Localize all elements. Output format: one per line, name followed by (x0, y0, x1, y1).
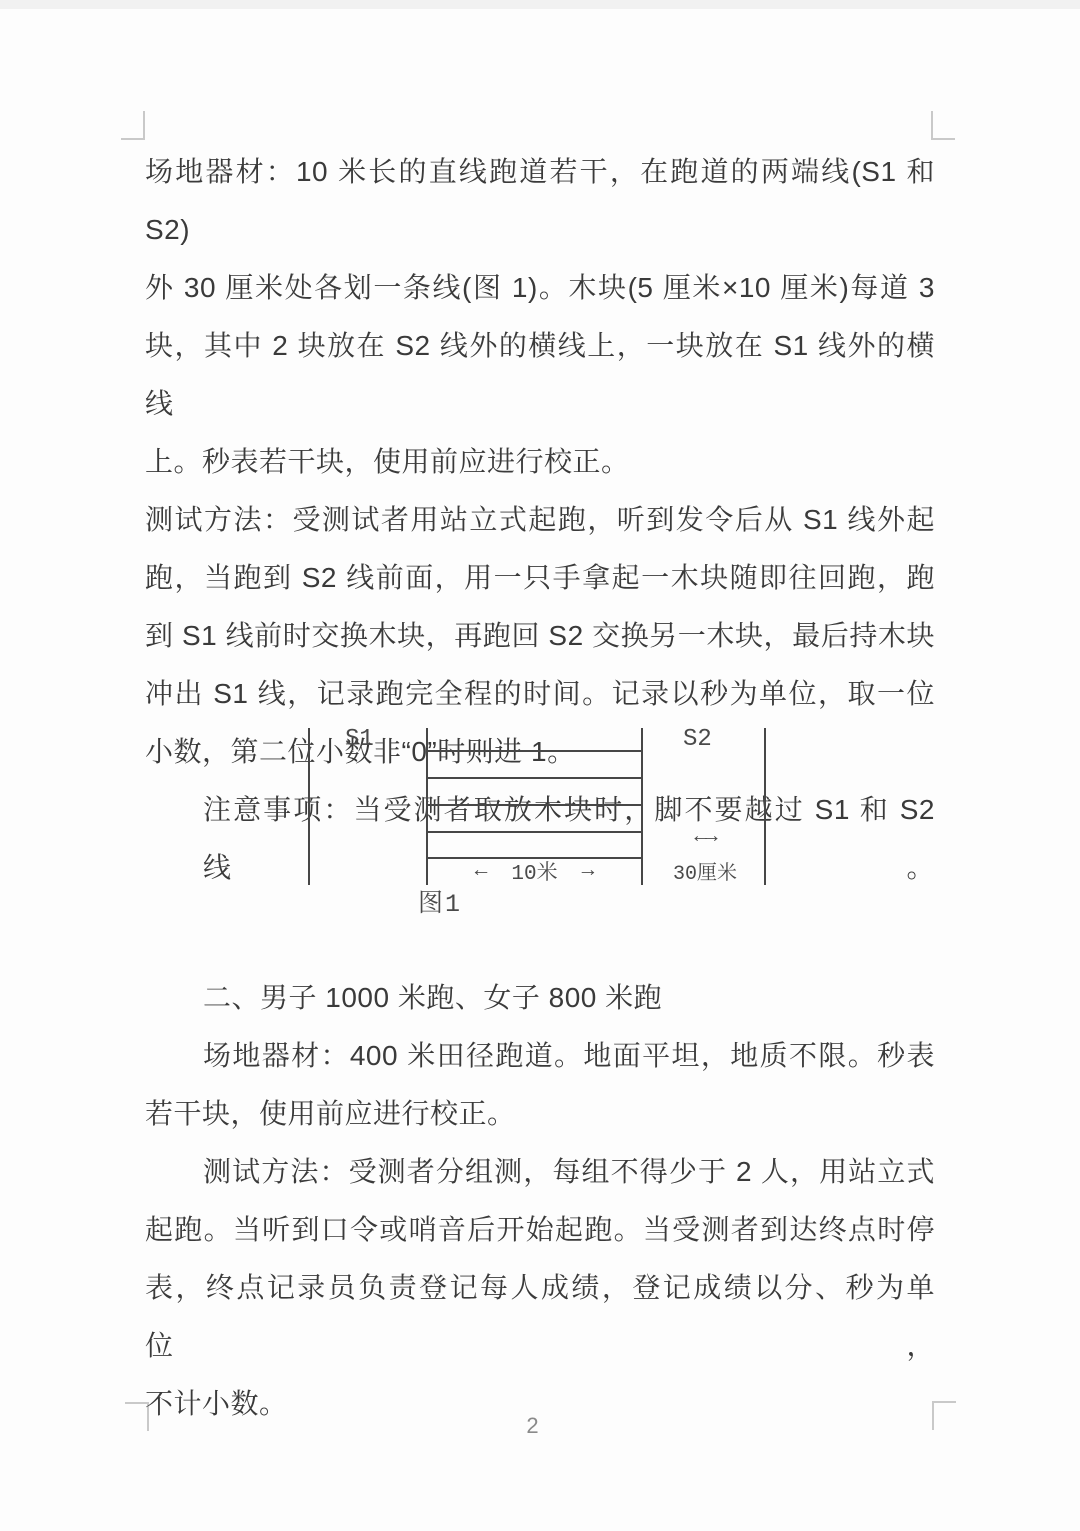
text-line: 测试方法：受测试者用站立式起跑，听到发令后从 S1 线外起 (145, 491, 935, 549)
crop-mark-top-left (121, 111, 145, 140)
section-heading: 二、男子 1000 米跑、女子 800 米跑 (145, 969, 935, 1027)
text-line: 场地器材：400 米田径跑道。地面平坦，地质不限。秒表 (145, 1027, 935, 1085)
length-annotation: ← 10米 → (426, 856, 643, 886)
lane-line (426, 831, 643, 833)
outer-line-left (308, 728, 310, 885)
lane-line (426, 777, 643, 779)
text-section-distance-run: 二、男子 1000 米跑、女子 800 米跑 场地器材：400 米田径跑道。地面… (145, 969, 935, 1433)
gap-label: 30厘米 (650, 856, 760, 886)
crop-mark-top-right (931, 111, 955, 140)
figure-caption: 图1 (418, 883, 462, 919)
text-line: 上。秒表若干块，使用前应进行校正。 (145, 433, 935, 491)
text-line: 起跑。当听到口令或哨音后开始起跑。当受测者到达终点时停 (145, 1201, 935, 1259)
s1-label: S1 (345, 726, 374, 753)
gap-arrow-icon: ←→ (650, 826, 760, 849)
figure-1-diagram: S1 S2 ← 10米 → ←→ 30厘米 图1 (300, 718, 780, 933)
text-line: 外 30 厘米处各划一条线(图 1)。木块(5 厘米×10 厘米)每道 3 (145, 259, 935, 317)
text-line: 到 S1 线前时交换木块，再跑回 S2 交换另一木块，最后持木块 (145, 607, 935, 665)
lane-line (426, 750, 643, 752)
document-page: 场地器材：10 米长的直线跑道若干，在跑道的两端线(S1 和 S2) 外 30 … (0, 0, 1080, 1531)
text-line: 表，终点记录员负责登记每人成绩，登记成绩以分、秒为单位， (145, 1259, 935, 1375)
text-line: 冲出 S1 线，记录跑完全程的时间。记录以秒为单位，取一位 (145, 665, 935, 723)
right-arrow-icon: → (582, 860, 595, 883)
text-line: 场地器材：10 米长的直线跑道若干，在跑道的两端线(S1 和 S2) (145, 143, 935, 259)
s2-label: S2 (683, 726, 712, 753)
text-line: 若干块，使用前应进行校正。 (145, 1085, 935, 1143)
text-line: 跑，当跑到 S2 线前面，用一只手拿起一木块随即往回跑，跑 (145, 549, 935, 607)
text-line: 块，其中 2 块放在 S2 线外的横线上，一块放在 S1 线外的横线 (145, 317, 935, 433)
page-top-edge (0, 0, 1080, 9)
left-arrow-icon: ← (475, 860, 488, 883)
outer-line-right (764, 728, 766, 885)
length-label: 10米 (511, 856, 557, 886)
text-line: 测试方法：受测者分组测，每组不得少于 2 人，用站立式 (145, 1143, 935, 1201)
page-number: 2 (0, 1413, 1065, 1439)
lane-line (426, 804, 643, 806)
